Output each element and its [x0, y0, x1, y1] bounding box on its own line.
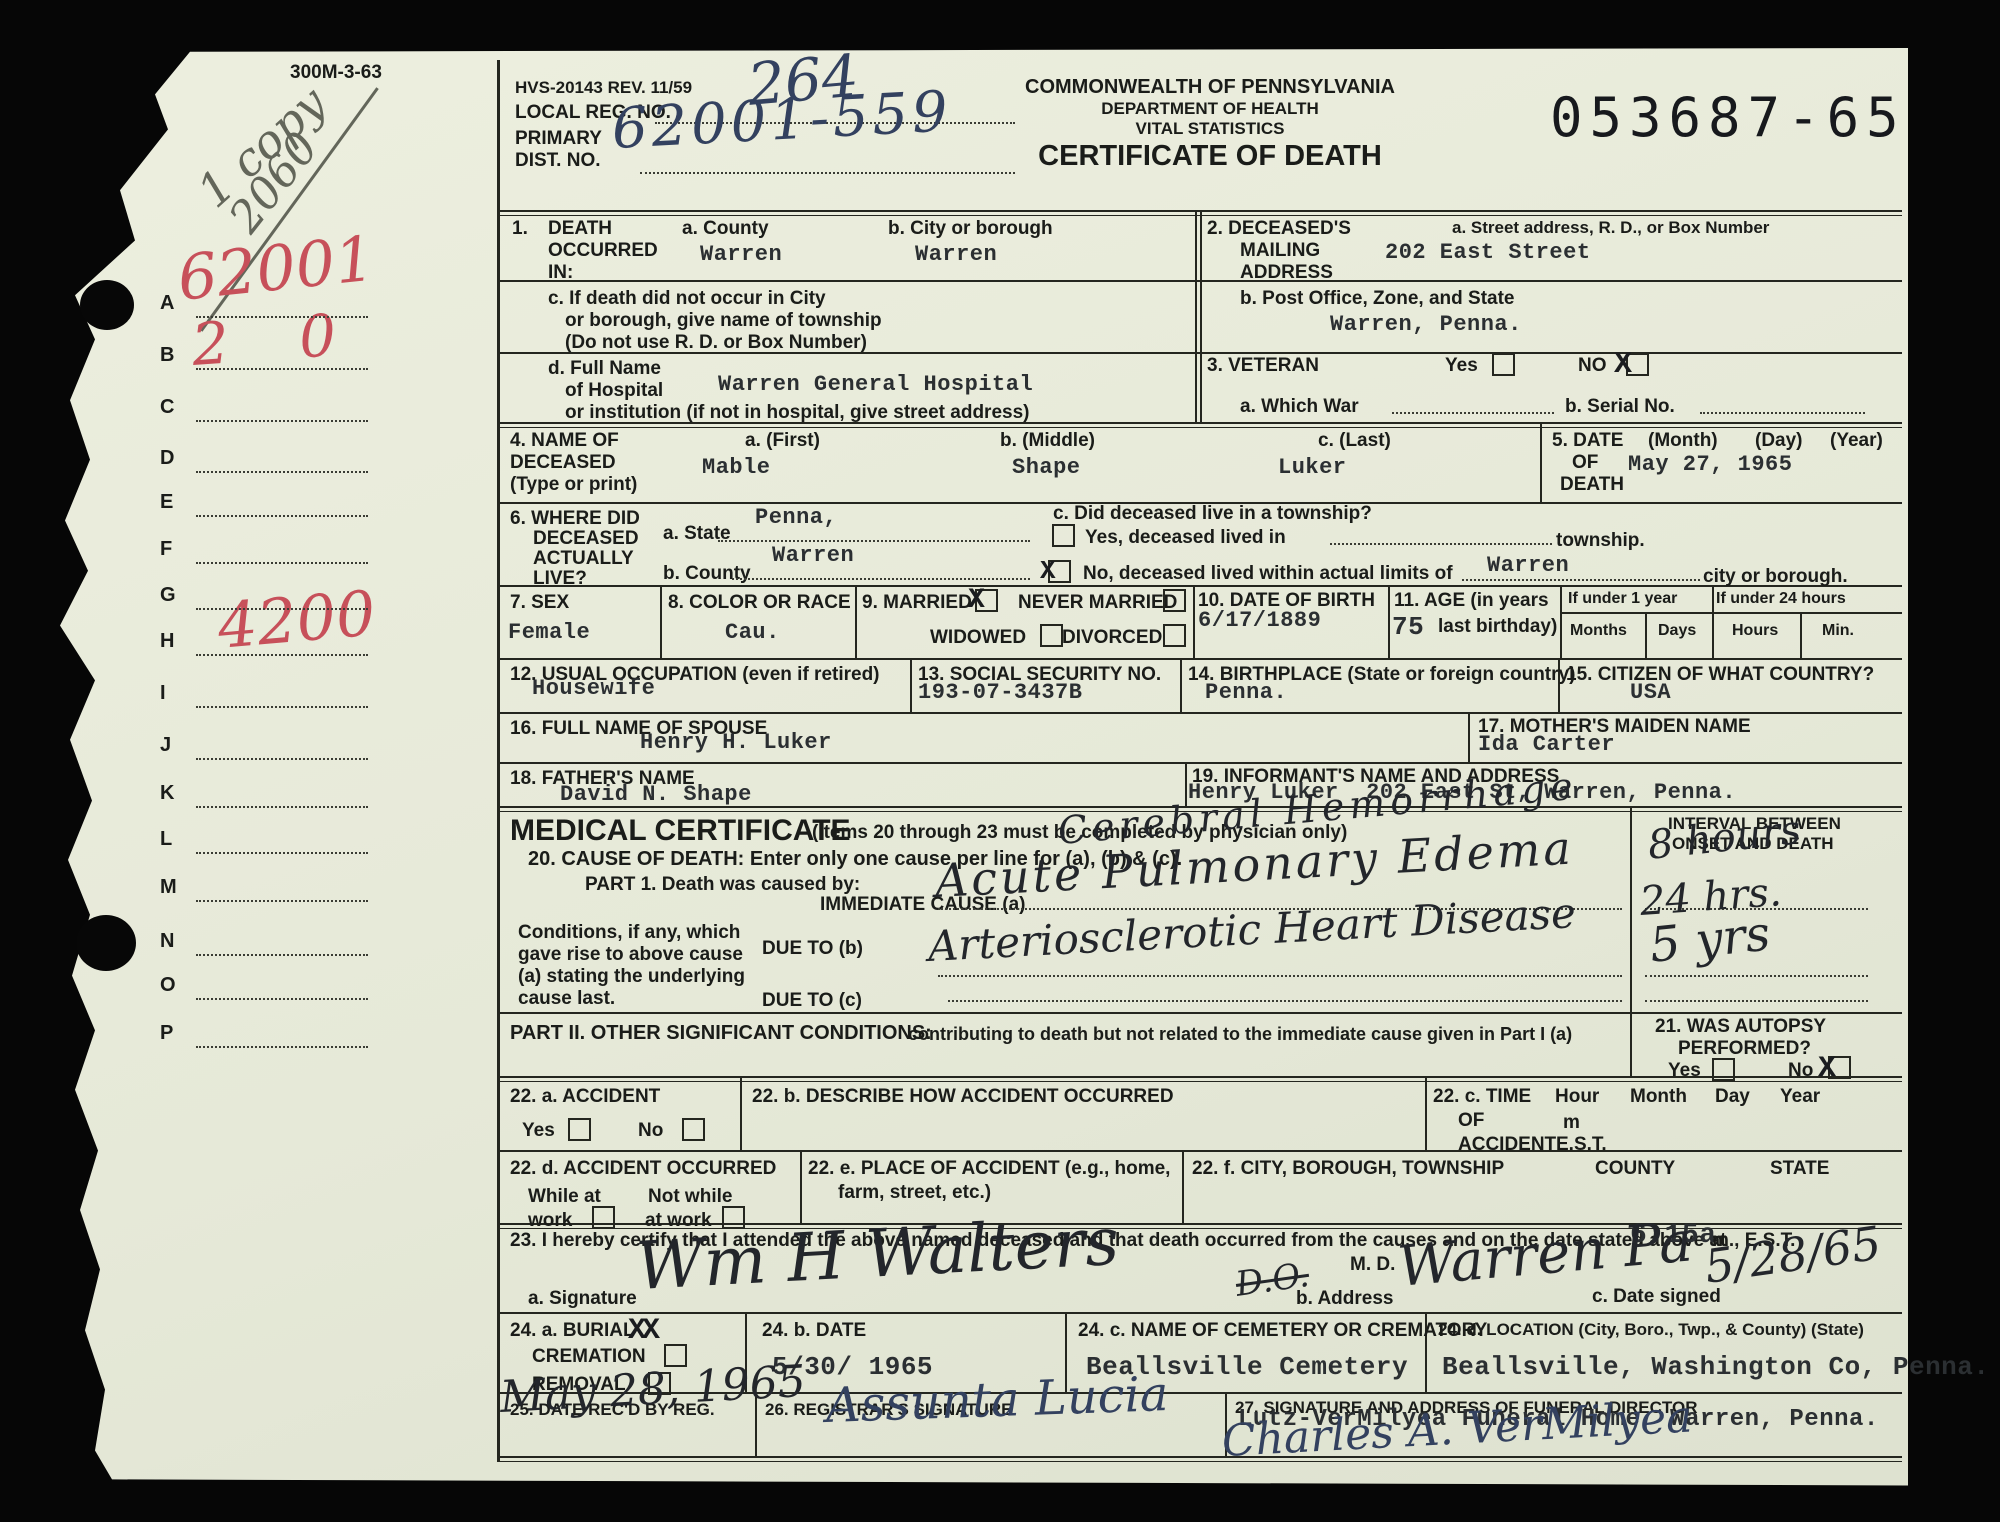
s5-month-label: (Month)	[1648, 430, 1718, 451]
accident-yes-checkbox	[568, 1118, 591, 1141]
margin-letter-l: L	[160, 828, 172, 850]
margin-letter-f: F	[160, 538, 172, 560]
rule	[500, 1312, 1902, 1314]
s22e-label: 22. e. PLACE OF ACCIDENT (e.g., home,	[808, 1158, 1170, 1179]
medical-title: MEDICAL CERTIFICATE	[510, 814, 851, 848]
rule	[1560, 612, 1902, 614]
s20-cond-label: Conditions, if any, which	[518, 922, 740, 943]
s22c-est-label: E.S.T.	[1556, 1134, 1607, 1155]
margin-line	[196, 368, 368, 370]
s5-label: 5. DATE	[1552, 430, 1623, 451]
veteran-yes-checkbox	[1492, 353, 1515, 376]
s4-first-label: a. (First)	[745, 430, 820, 451]
s1d-label: d. Full Name	[548, 358, 661, 379]
divider	[1630, 806, 1632, 1076]
divider	[740, 1076, 742, 1150]
s1-label: DEATH	[548, 218, 612, 239]
s15-label: 15. CITIZEN OF WHAT COUNTRY?	[1566, 664, 1874, 685]
margin-line	[196, 852, 368, 854]
s6c-no-text: No, deceased lived within actual limits …	[1083, 563, 1453, 584]
s22c-hour-label: Hour	[1555, 1086, 1599, 1107]
s22d-notwhile: Not while	[648, 1186, 732, 1207]
s24d-value: Beallsville, Washington Co, Penna.	[1442, 1352, 1990, 1382]
s22d-whileat: While at	[528, 1186, 601, 1207]
margin-line	[196, 608, 368, 610]
s15-value: USA	[1630, 680, 1671, 705]
s1d-label: or institution (if not in hospital, give…	[565, 402, 1029, 423]
s2a-label: a. Street address, R. D., or Box Number	[1452, 218, 1769, 237]
margin-letter-d: D	[160, 447, 174, 469]
accident-no-checkbox	[682, 1118, 705, 1141]
while-at-work-checkbox	[592, 1206, 615, 1229]
s17-value: Ida Carter	[1478, 732, 1615, 757]
s21-no-label: No	[1788, 1060, 1813, 1081]
s11-min-label: Min.	[1822, 622, 1854, 640]
s11-value: 75	[1392, 612, 1424, 642]
divider	[1540, 422, 1542, 502]
s24-cremation-label: CREMATION	[532, 1346, 646, 1367]
margin-line	[196, 706, 368, 708]
s6-label: ACTUALLY	[533, 548, 634, 569]
divider	[1388, 585, 1390, 658]
punch-hole-top	[80, 280, 134, 330]
rule	[500, 712, 1902, 714]
s21-label: 21. WAS AUTOPSY	[1655, 1016, 1826, 1037]
s1d-label: of Hospital	[565, 380, 663, 401]
s20-due-b-label: DUE TO (b)	[762, 938, 863, 959]
registrar-signature: Assunta Lucia	[825, 1370, 1169, 1430]
margin-line	[196, 562, 368, 564]
s20-part1-label: PART 1. Death was caused by:	[585, 874, 860, 895]
red-annotation-h: 4200	[215, 582, 378, 658]
s5-label: DEATH	[1560, 474, 1624, 495]
s1c-label: or borough, give name of township	[565, 310, 882, 331]
s24b-label: 24. b. DATE	[762, 1320, 866, 1341]
s22d-work: work	[528, 1210, 572, 1231]
s8-label: 8. COLOR OR RACE	[668, 592, 851, 613]
state-line	[718, 540, 1030, 542]
s7-value: Female	[508, 620, 590, 645]
margin-letter-c: C	[160, 396, 174, 418]
s11-under24-label: If under 24 hours	[1716, 590, 1846, 608]
s23-date-label: c. Date signed	[1592, 1286, 1721, 1307]
city-line	[1462, 579, 1700, 581]
s22a-no-label: No	[638, 1120, 663, 1141]
s8-value: Cau.	[725, 620, 780, 645]
rule	[500, 1150, 1902, 1152]
margin-line	[196, 515, 368, 517]
s6c-township: township.	[1556, 530, 1645, 551]
s6-label: LIVE?	[533, 568, 587, 589]
s23-signature-label: a. Signature	[528, 1288, 637, 1309]
s20-cond-label: (a) stating the underlying	[518, 966, 745, 987]
s23-address-label: b. Address	[1296, 1288, 1394, 1309]
s2-label: 2. DECEASED'S	[1207, 218, 1351, 239]
scanned-death-certificate: 1 copy 2060 62001 2 0 4200 A B C D E F G…	[0, 0, 2000, 1522]
interval-c-line	[1645, 1000, 1868, 1002]
s2-label: ADDRESS	[1240, 262, 1333, 283]
s6-state-value: Penna,	[755, 505, 837, 530]
s23-md-label: M. D.	[1350, 1254, 1395, 1275]
interval-b-line	[1645, 975, 1868, 977]
s4-middle-value: Shape	[1012, 455, 1081, 480]
s11-hours-label: Hours	[1732, 622, 1778, 640]
vital-statistics-title: VITAL STATISTICS	[1010, 119, 1410, 138]
s6c-yes-text: Yes, deceased lived in	[1085, 527, 1286, 548]
s4-middle-label: b. (Middle)	[1000, 430, 1095, 451]
s9-divorced-label: DIVORCED	[1062, 627, 1162, 648]
s3-label: 3. VETERAN	[1207, 355, 1319, 376]
divider	[660, 585, 662, 658]
s3b-label: b. Serial No.	[1565, 396, 1675, 417]
s4-label: (Type or print)	[510, 474, 637, 495]
s2-label: MAILING	[1240, 240, 1320, 261]
s22c-day-label: Day	[1715, 1086, 1750, 1107]
burial-mark: XX	[628, 1314, 656, 1348]
margin-letter-m: M	[160, 876, 177, 898]
s22c-m-label: m	[1563, 1112, 1580, 1133]
s1-label: IN:	[548, 262, 573, 283]
s13-value: 193-07-3437B	[918, 680, 1082, 705]
s20-cond-label: gave rise to above cause	[518, 944, 743, 965]
s1d-value: Warren General Hospital	[718, 372, 1033, 397]
s3-no-label: NO	[1578, 355, 1607, 376]
which-war-line	[1392, 412, 1554, 414]
margin-letter-b: B	[160, 344, 174, 366]
part2-text: contributing to death but not related to…	[908, 1024, 1572, 1044]
margin-line	[196, 316, 368, 318]
serial-no-line	[1700, 412, 1865, 414]
s22c-month-label: Month	[1630, 1086, 1687, 1107]
divider	[1195, 210, 1202, 422]
file-number-stamp: 053687-65	[1550, 86, 1906, 149]
s1c-label: c. If death did not occur in City	[548, 288, 826, 309]
s22a-label: 22. a. ACCIDENT	[510, 1086, 660, 1107]
s6-label: DECEASED	[533, 528, 639, 549]
s24-burial-label: 24. a. BURIAL	[510, 1320, 635, 1341]
divider	[1193, 585, 1195, 658]
widowed-checkbox	[1040, 624, 1063, 647]
s6c-no-value: Warren	[1487, 553, 1569, 578]
red-annotation-b: 2 0	[190, 304, 364, 374]
margin-letter-k: K	[160, 782, 174, 804]
s12-value: Housewife	[532, 676, 655, 701]
s1a-value: Warren	[700, 242, 782, 267]
dist-no-line	[640, 172, 1015, 174]
margin-letter-j: J	[160, 734, 171, 756]
margin-line	[196, 1046, 368, 1048]
s5-label: OF	[1572, 452, 1598, 473]
s4-last-value: Luker	[1278, 455, 1347, 480]
s6-county-value: Warren	[772, 543, 854, 568]
s24c-label: 24. c. NAME OF CEMETERY OR CREMATORY	[1078, 1320, 1487, 1341]
s22c-label: ACCIDENT	[1458, 1134, 1556, 1155]
cause-b-line	[938, 975, 1622, 977]
margin-line	[196, 806, 368, 808]
margin-letter-e: E	[160, 491, 173, 513]
divider	[1800, 612, 1802, 658]
county-line	[732, 578, 1030, 580]
divider	[1468, 712, 1470, 762]
margin-letter-p: P	[160, 1022, 173, 1044]
s1-num: 1.	[512, 218, 528, 239]
part2-label: PART II. OTHER SIGNIFICANT CONDITIONS:	[510, 1022, 932, 1044]
s5-day-label: (Day)	[1755, 430, 1803, 451]
s21-yes-label: Yes	[1668, 1060, 1701, 1081]
s1b-value: Warren	[915, 242, 997, 267]
s4-label: 4. NAME OF	[510, 430, 619, 451]
margin-letter-h: H	[160, 630, 174, 652]
s1-label: OCCURRED	[548, 240, 658, 261]
s2a-value: 202 East Street	[1385, 240, 1591, 265]
s11-label2: last birthday)	[1438, 616, 1557, 637]
s9-never-label: NEVER MARRIED	[1018, 592, 1177, 613]
s2b-value: Warren, Penna.	[1330, 312, 1522, 337]
s24d-label: 24. d. LOCATION (City, Boro., Twp., & Co…	[1438, 1320, 1864, 1339]
s10-value: 6/17/1889	[1198, 608, 1321, 633]
s6c-label: c. Did deceased live in a township?	[1053, 503, 1372, 524]
s22c-label: OF	[1458, 1110, 1484, 1131]
s22a-yes-label: Yes	[522, 1120, 555, 1141]
s21-label: PERFORMED?	[1678, 1038, 1811, 1059]
divorced-checkbox	[1163, 624, 1186, 647]
divider	[1425, 1076, 1427, 1150]
never-married-checkbox	[1163, 589, 1186, 612]
s11-under1-label: If under 1 year	[1568, 590, 1677, 608]
s5-value: May 27, 1965	[1628, 452, 1792, 477]
certificate-title: CERTIFICATE OF DEATH	[1010, 140, 1410, 172]
divider	[855, 585, 857, 658]
divider	[1182, 1150, 1184, 1223]
divider	[1712, 585, 1714, 658]
married-mark: X	[968, 585, 985, 616]
cause-c-line	[948, 1000, 1622, 1002]
s22f-state-label: STATE	[1770, 1158, 1829, 1179]
lived-no-mark: X	[1040, 556, 1056, 586]
s22d-label: 22. d. ACCIDENT OCCURRED	[510, 1158, 776, 1179]
s22c-label: 22. c. TIME	[1433, 1086, 1531, 1107]
margin-letter-i: I	[160, 682, 166, 704]
s7-label: 7. SEX	[510, 592, 569, 613]
commonwealth-title: COMMONWEALTH OF PENNSYLVANIA	[1010, 76, 1410, 98]
rule	[500, 585, 1902, 587]
margin-letter-g: G	[160, 584, 176, 606]
s4-last-label: c. (Last)	[1318, 430, 1391, 451]
rule	[500, 658, 1902, 660]
s11-label: 11. AGE (in years	[1394, 590, 1549, 611]
margin-line	[196, 998, 368, 1000]
margin-letter-o: O	[160, 974, 176, 996]
punch-hole-bottom	[76, 915, 136, 971]
dist-no-label: DIST. NO.	[515, 150, 601, 171]
margin-letter-n: N	[160, 930, 174, 952]
margin-line	[196, 758, 368, 760]
s22c-year-label: Year	[1780, 1086, 1820, 1107]
s4-label: DECEASED	[510, 452, 616, 473]
s1c-label: (Do not use R. D. or Box Number)	[565, 332, 867, 353]
s2b-label: b. Post Office, Zone, and State	[1240, 288, 1514, 309]
s9-widowed-label: WIDOWED	[930, 627, 1026, 648]
s3-yes-label: Yes	[1445, 355, 1478, 376]
divider	[910, 658, 912, 712]
margin-divider	[497, 60, 500, 1462]
s22f-label: 22. f. CITY, BOROUGH, TOWNSHIP	[1192, 1158, 1504, 1179]
autopsy-yes-checkbox	[1712, 1058, 1735, 1081]
divider	[1180, 658, 1182, 712]
rule	[500, 1012, 1902, 1014]
margin-line	[196, 654, 368, 656]
s14-value: Penna.	[1205, 680, 1287, 705]
interval-b-handwriting: 5 yrs	[1647, 910, 1772, 970]
margin-line	[196, 420, 368, 422]
s22e-label2: farm, street, etc.)	[838, 1182, 991, 1203]
s22f-county-label: COUNTY	[1595, 1158, 1675, 1179]
s6-label: 6. WHERE DID	[510, 508, 640, 529]
s9-married-label: 9. MARRIED	[862, 592, 972, 613]
print-code: 300M-3-63	[290, 62, 382, 83]
s11-months-label: Months	[1570, 622, 1627, 640]
s1a-label: a. County	[682, 218, 769, 239]
rule	[500, 762, 1902, 764]
veteran-no-mark: X	[1614, 348, 1632, 382]
s11-days-label: Days	[1658, 622, 1696, 640]
s22b-label: 22. b. DESCRIBE HOW ACCIDENT OCCURRED	[752, 1086, 1174, 1107]
s4-first-value: Mable	[702, 455, 771, 480]
s1b-label: b. City or borough	[888, 218, 1053, 239]
s3a-label: a. Which War	[1240, 396, 1359, 417]
s5-year-label: (Year)	[1830, 430, 1883, 451]
autopsy-no-mark: X	[1818, 1052, 1836, 1086]
divider	[1560, 585, 1562, 658]
s18-value: David N. Shape	[560, 782, 752, 807]
department-title: DEPARTMENT OF HEALTH	[1010, 99, 1410, 118]
s16-value: Henry H. Luker	[640, 730, 832, 755]
margin-line	[196, 471, 368, 473]
divider	[800, 1150, 802, 1223]
s6c-city: city or borough.	[1703, 566, 1848, 587]
margin-letter-a: A	[160, 292, 174, 314]
margin-line	[196, 900, 368, 902]
primary-label: PRIMARY	[515, 128, 602, 149]
lived-yes-checkbox	[1052, 524, 1075, 547]
s6-county-label: b. County	[663, 563, 751, 584]
s20-cond-label: cause last.	[518, 988, 615, 1009]
township-line	[1330, 543, 1552, 545]
margin-line	[196, 954, 368, 956]
rule	[500, 1456, 1902, 1462]
divider	[1645, 612, 1647, 658]
s20-due-c-label: DUE TO (c)	[762, 990, 862, 1011]
